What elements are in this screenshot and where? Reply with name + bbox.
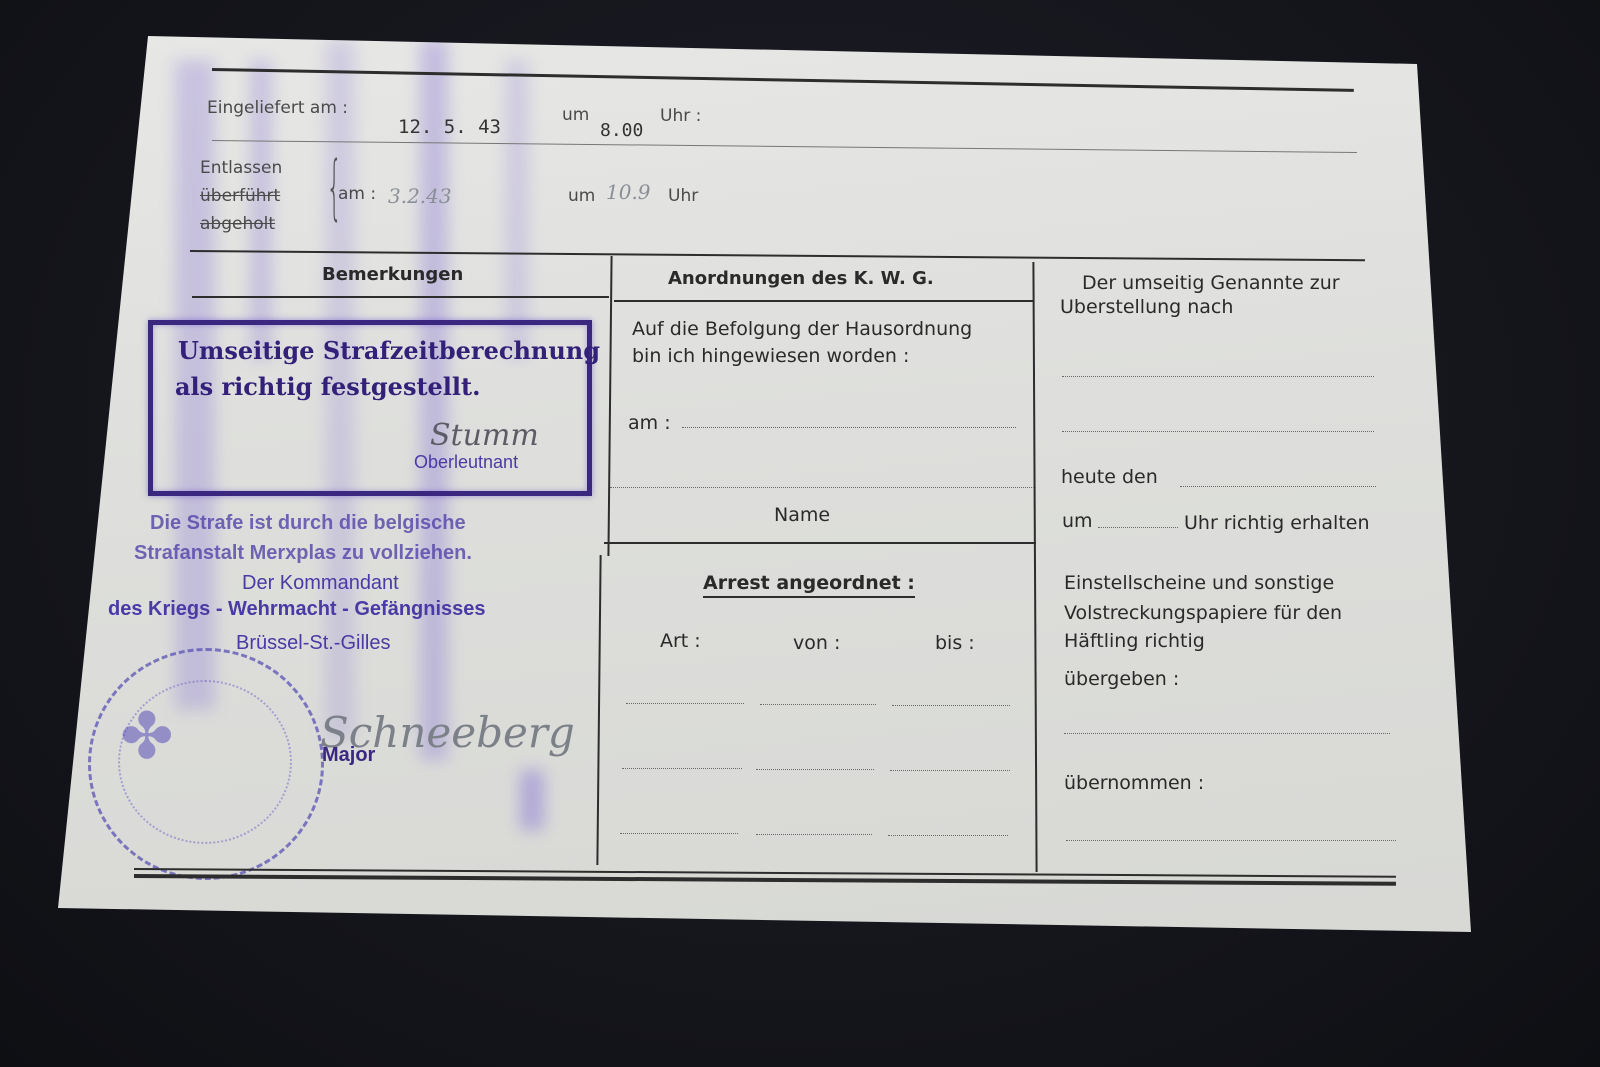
stamp-rank: Oberleutnant	[414, 452, 518, 473]
option-ueberfuehrt: überführt	[200, 182, 282, 210]
stamp-line2: als richtig festgestellt.	[175, 372, 480, 401]
hausordnung-line1: Auf die Befolgung der Hausordnung	[632, 318, 972, 340]
arrest-art-field[interactable]	[622, 768, 742, 769]
name-label: Name	[774, 504, 830, 526]
arrest-art-field[interactable]	[626, 703, 744, 704]
uebernommen-label: übernommen :	[1064, 772, 1204, 794]
major-rank: Major	[322, 744, 375, 767]
column-divider	[596, 555, 601, 865]
signature-field[interactable]	[610, 487, 1036, 488]
am-label: am :	[338, 184, 376, 204]
rule	[192, 296, 609, 298]
arrest-heading: Arrest angeordnet :	[703, 572, 915, 598]
eingeliefert-date: 12. 5. 43	[398, 116, 501, 138]
eagle-emblem-icon: ✤	[120, 700, 174, 774]
uebergeben-field[interactable]	[1064, 733, 1390, 734]
entlassen-date-handwritten: 3.2.43	[388, 184, 452, 208]
stamp-text-1: Die Strafe ist durch die belgische	[150, 512, 466, 535]
arrest-bis-field[interactable]	[892, 705, 1010, 706]
ueberstellung-line1: Der umseitig Genannte zur	[1082, 272, 1340, 294]
um-field[interactable]	[1098, 527, 1178, 528]
uebergeben-label: übergeben :	[1064, 668, 1179, 690]
um-label: um	[562, 105, 589, 125]
ink-bleed	[505, 60, 529, 360]
arrest-bis-label: bis :	[935, 632, 975, 654]
section-rule	[190, 250, 1365, 261]
arrest-art-field[interactable]	[620, 833, 738, 834]
stamp-text-2: Strafanstalt Merxplas zu vollziehen.	[134, 542, 472, 565]
option-entlassen: Entlassen	[200, 154, 282, 182]
uhr-erhalten-label: Uhr richtig erhalten	[1184, 512, 1370, 534]
arrest-von-field[interactable]	[760, 704, 876, 705]
paper-form: Eingeliefert am : 12. 5. 43 um 8.00 Uhr …	[0, 0, 1600, 1067]
top-rule	[212, 68, 1354, 92]
arrest-von-field[interactable]	[756, 834, 872, 835]
entlassen-options: Entlassen überführt abgeholt	[200, 154, 282, 238]
um-label-right: um	[1062, 510, 1093, 532]
stamp-text-5: Brüssel-St.-Gilles	[236, 632, 390, 655]
column-divider	[607, 256, 612, 556]
stamp-text-4: des Kriegs - Wehrmacht - Gefängnisses	[108, 598, 486, 621]
arrest-bis-field[interactable]	[888, 835, 1008, 836]
ink-bleed	[520, 770, 544, 830]
am-field[interactable]	[682, 427, 1016, 428]
heute-field[interactable]	[1180, 486, 1376, 487]
am-label-middle: am :	[628, 412, 671, 434]
stamp-line1: Umseitige Strafzeitberechnung	[178, 336, 600, 365]
stamp-signature: Stumm	[430, 418, 539, 453]
destination-field[interactable]	[1062, 431, 1374, 432]
arrest-von-label: von :	[793, 632, 840, 654]
column-divider	[1032, 262, 1037, 872]
uebernommen-field[interactable]	[1066, 840, 1396, 841]
einstellscheine-line1: Einstellscheine und sonstige	[1064, 572, 1334, 594]
eingeliefert-time: 8.00	[600, 120, 643, 141]
arrest-art-label: Art :	[660, 630, 701, 652]
document-photo: Eingeliefert am : 12. 5. 43 um 8.00 Uhr …	[0, 0, 1600, 1067]
ueberstellung-line2: Uberstellung nach	[1060, 296, 1233, 318]
hausordnung-line2: bin ich hingewiesen worden :	[632, 345, 909, 367]
anordnungen-heading: Anordnungen des K. W. G.	[668, 268, 934, 289]
stamp-text-3: Der Kommandant	[242, 572, 399, 595]
einstellscheine-line2: Volstreckungspapiere für den	[1064, 602, 1342, 624]
um2-label: um	[568, 186, 595, 206]
einstellscheine-line3: Häftling richtig	[1064, 630, 1205, 652]
rule	[212, 140, 1357, 153]
eingeliefert-label: Eingeliefert am :	[207, 98, 348, 118]
arrest-bis-field[interactable]	[890, 770, 1010, 771]
rule	[604, 542, 1036, 544]
uhr2-label: Uhr	[668, 186, 698, 206]
arrest-von-field[interactable]	[756, 769, 874, 770]
entlassen-time-handwritten: 10.9	[606, 180, 651, 204]
destination-field[interactable]	[1062, 376, 1374, 377]
rule	[614, 300, 1034, 302]
bemerkungen-heading: Bemerkungen	[322, 264, 463, 285]
option-abgeholt: abgeholt	[200, 210, 282, 238]
uhr-label: Uhr :	[660, 106, 701, 126]
heute-label: heute den	[1061, 466, 1158, 488]
